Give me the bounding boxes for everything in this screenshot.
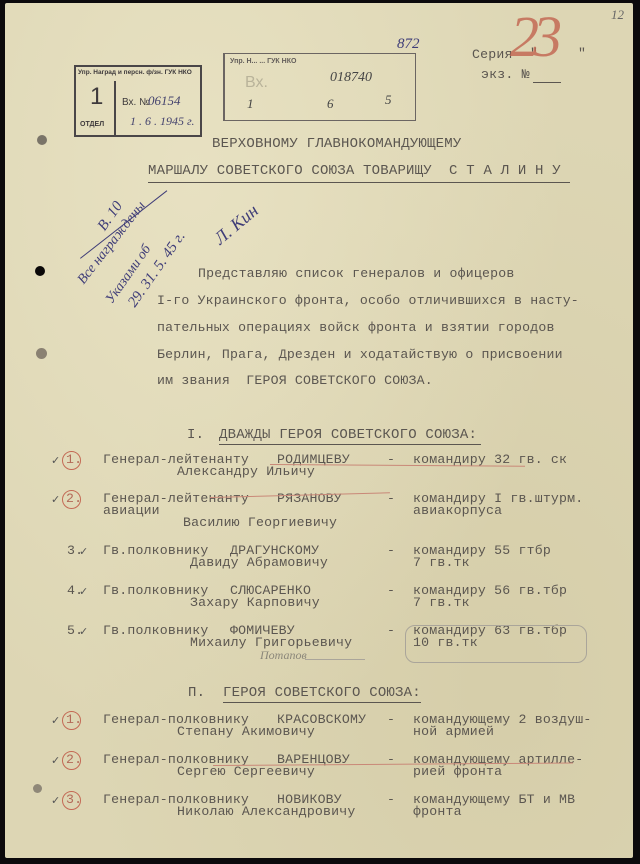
stamp-department-label: ОТДЕЛ bbox=[80, 121, 104, 128]
red-pencil-number: 23 bbox=[510, 3, 556, 70]
punch-hole bbox=[36, 348, 47, 359]
entry-name-patronymic: Александру Ильичу bbox=[177, 464, 315, 479]
section-2-underline bbox=[223, 702, 421, 703]
entry-name-patronymic: Степану Акимовичу bbox=[177, 724, 315, 739]
entry-position-cont: авиакорпуса bbox=[413, 503, 502, 518]
entry-dash: - bbox=[387, 583, 395, 598]
stamp-incoming-label: Вх. bbox=[245, 74, 268, 92]
entry-dash: - bbox=[387, 792, 395, 807]
section-1-title: ДВАЖДЫ ГЕРОЯ СОВЕТСКОГО СОЮЗА: bbox=[219, 427, 477, 443]
stamp-number: 018740 bbox=[330, 70, 372, 86]
page-number-pencil: 12 bbox=[611, 7, 624, 23]
check-mark: ✓ bbox=[51, 714, 60, 727]
section-2-title: ГЕРОЯ СОВЕТСКОГО СОЮЗА: bbox=[223, 685, 421, 701]
stamp-incoming-number: 06154 bbox=[148, 93, 181, 109]
check-mark: ✓ bbox=[51, 454, 60, 467]
note-underline bbox=[80, 190, 167, 259]
punch-hole bbox=[35, 266, 45, 276]
entry-name-patronymic: Николаю Александровичу bbox=[177, 804, 356, 819]
stamp-department-number: 1 bbox=[90, 83, 103, 111]
note-signature: Л. Кин bbox=[210, 200, 263, 249]
entry-position-cont: 7 гв.тк bbox=[413, 555, 470, 570]
section-1-numeral: I. bbox=[187, 427, 204, 443]
entry-name-patronymic: Василию Георгиевичу bbox=[183, 515, 337, 530]
archive-number: 872 bbox=[397, 36, 420, 53]
copy-number-underline bbox=[533, 82, 561, 83]
stamp-divider bbox=[114, 81, 116, 135]
stamp-header: Упр. Наград и персн. ф/зн. ГУК НКО bbox=[78, 69, 192, 76]
check-mark: ✓ bbox=[51, 794, 60, 807]
intro-line: им звания ГЕРОЯ СОВЕТСКОГО СОЮЗА. bbox=[157, 373, 433, 388]
section-2-numeral: П. bbox=[188, 685, 205, 701]
pencil-line bbox=[305, 659, 365, 660]
entry-number: 1. bbox=[66, 452, 82, 467]
entry-number: 3. bbox=[67, 543, 83, 558]
check-mark: ✓ bbox=[51, 493, 60, 506]
entry-dash: - bbox=[387, 543, 395, 558]
entry-number: 3. bbox=[66, 792, 82, 807]
entry-position-cont: 7 гв.тк bbox=[413, 595, 470, 610]
pencil-note: Потапов bbox=[260, 648, 307, 663]
intro-line: Представляю список генералов и офицеров bbox=[198, 266, 514, 281]
entry-position-cont: ной армией bbox=[413, 724, 494, 739]
intro-line: Берлин, Прага, Дрезден и ходатайствую о … bbox=[157, 347, 563, 362]
addressee-line-1: ВЕРХОВНОМУ ГЛАВНОКОМАНДУЮЩЕМУ bbox=[212, 136, 461, 152]
entry-name-patronymic: Давиду Абрамовичу bbox=[190, 555, 328, 570]
entry-position-cont: фронта bbox=[413, 804, 462, 819]
stamp-incoming-label: Вх. № bbox=[122, 97, 150, 108]
series-quote-close: " bbox=[578, 46, 586, 61]
document-page: 12 Серия " " экз. № 23 872 Упр. Наград и… bbox=[5, 3, 633, 858]
entry-dash: - bbox=[387, 623, 395, 638]
section-1-underline bbox=[219, 444, 481, 445]
stamp-header: Упр. Н... ... ГУК НКО bbox=[230, 58, 296, 65]
intro-line: I-го Украинского фронта, особо отличивши… bbox=[157, 293, 579, 308]
entry-dash: - bbox=[387, 712, 395, 727]
check-mark: ✓ bbox=[51, 754, 60, 767]
entry-number: 5. bbox=[67, 623, 83, 638]
stamp-date: 1 . 6 . 1945 г. bbox=[130, 114, 195, 129]
addressee-line-2: МАРШАЛУ СОВЕТСКОГО СОЮЗА ТОВАРИЩУ С Т А … bbox=[148, 163, 561, 179]
punch-hole bbox=[37, 135, 47, 145]
entry-number: 1. bbox=[66, 712, 82, 727]
entry-name-patronymic: Сергею Сергеевичу bbox=[177, 764, 315, 779]
entry-number: 2. bbox=[66, 491, 82, 506]
entry-rank-continued: авиации bbox=[103, 503, 160, 518]
pencil-bracket bbox=[405, 625, 587, 663]
registration-stamp-left: Упр. Наград и персн. ф/зн. ГУК НКО 1 ОТД… bbox=[74, 65, 202, 137]
intro-line: пательных операциях войск фронта и взяти… bbox=[157, 320, 555, 335]
entry-number: 4. bbox=[67, 583, 83, 598]
stamp-date-day: 1 bbox=[247, 96, 254, 112]
entry-position-cont: рией фронта bbox=[413, 764, 502, 779]
entry-number: 2. bbox=[66, 752, 82, 767]
stamp-date-month: 6 bbox=[327, 96, 334, 112]
entry-name-patronymic: Захару Карповичу bbox=[190, 595, 320, 610]
punch-hole bbox=[33, 784, 42, 793]
registration-stamp-right: Упр. Н... ... ГУК НКО Вх. 018740 1 6 5 bbox=[223, 53, 416, 121]
stamp-date-year: 5 bbox=[385, 92, 392, 108]
series-label: Серия bbox=[472, 47, 513, 62]
